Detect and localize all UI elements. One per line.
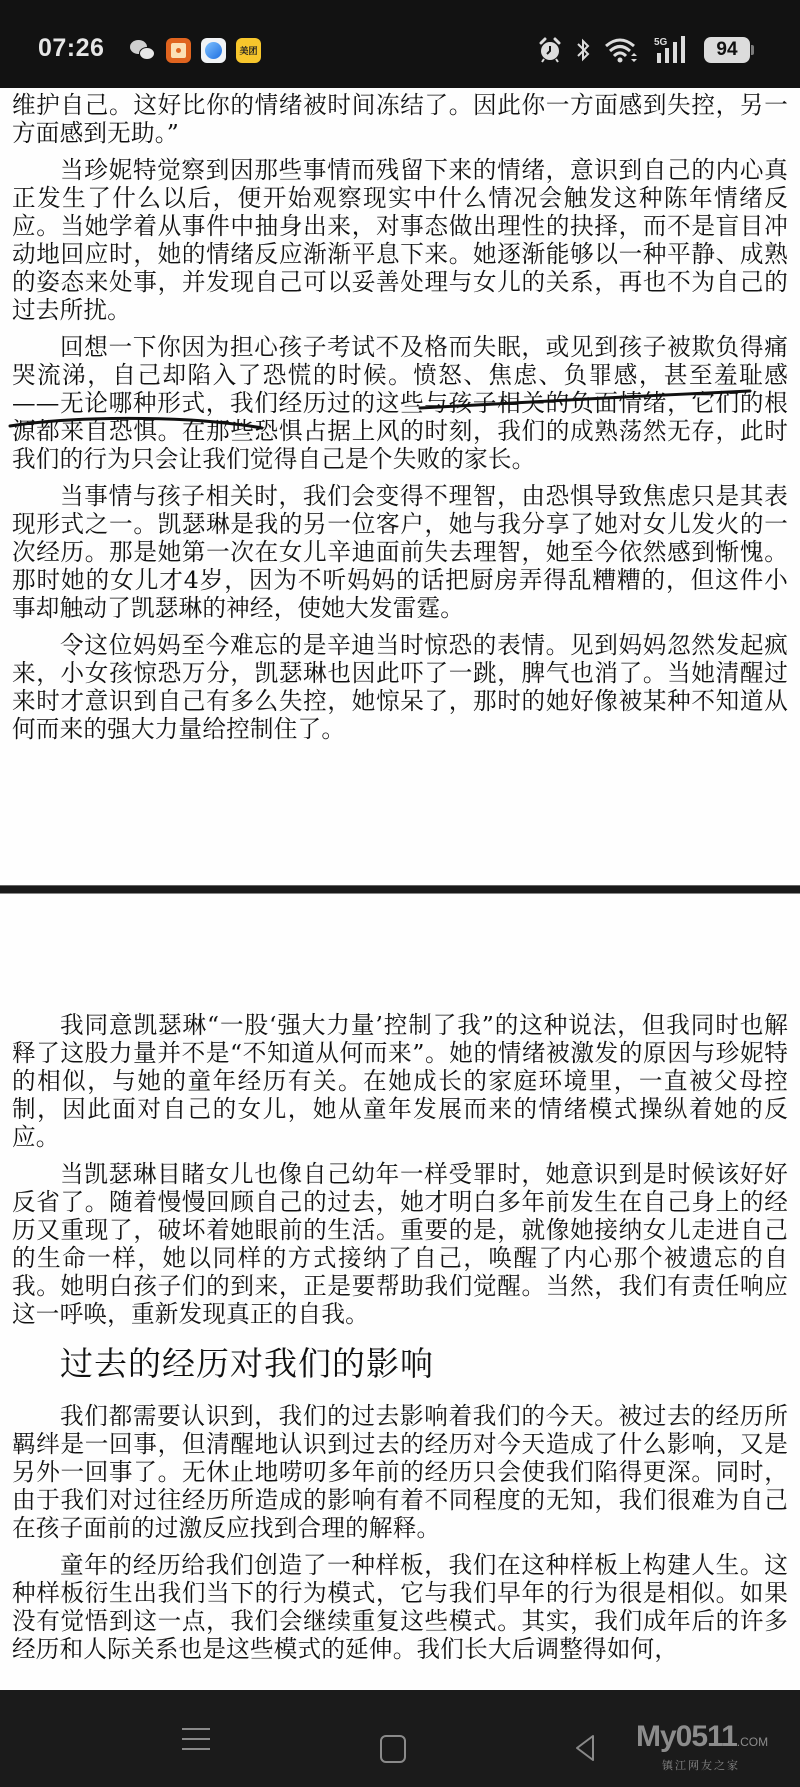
- menu-icon: [182, 1748, 210, 1750]
- paragraph: 令这位妈妈至今难忘的是辛迪当时惊恐的表情。见到妈妈忽然发起疯来，小女孩惊恐万分，…: [12, 631, 788, 743]
- system-icons: 5G 94: [538, 36, 750, 64]
- menu-icon: [182, 1728, 210, 1730]
- cellular-5g-icon: 5G: [654, 36, 690, 64]
- svg-text:5G: 5G: [654, 37, 668, 48]
- page-separator: [0, 885, 800, 894]
- battery-icon: 94: [704, 37, 750, 63]
- notification-icons: 美团: [130, 38, 261, 63]
- paragraph: 童年的经历给我们创造了一种样板，我们在这种样板上构建人生。这种样板衍生出我们当下…: [12, 1551, 788, 1663]
- back-button[interactable]: [574, 1734, 596, 1766]
- section-heading: 过去的经历对我们的影响: [60, 1344, 788, 1384]
- wifi-icon: [604, 37, 640, 63]
- reader-page-2[interactable]: 我同意凯瑟琳“一股‘强大力量’控制了我”的这种说法，但我同时也解释了这股力量并不…: [0, 894, 800, 1690]
- watermark-logo: My0511.COM: [636, 1722, 768, 1757]
- wechat-icon: [130, 40, 156, 62]
- menu-button[interactable]: [182, 1728, 210, 1758]
- page-2-text: 我同意凯瑟琳“一股‘强大力量’控制了我”的这种说法，但我同时也解释了这股力量并不…: [12, 1011, 788, 1672]
- red-packet-app-icon: [166, 38, 191, 63]
- watermark-subtitle: 镇江网友之家: [662, 1757, 768, 1773]
- meituan-app-icon: 美团: [236, 38, 261, 63]
- page-1-text: 维护自己。这好比你的情绪被时间冻结了。因此你一方面感到失控，另一方面感到无助。”…: [12, 91, 788, 752]
- status-time: 07:26: [38, 34, 104, 63]
- paragraph: 我同意凯瑟琳“一股‘强大力量’控制了我”的这种说法，但我同时也解释了这股力量并不…: [12, 1011, 788, 1151]
- paragraph: 维护自己。这好比你的情绪被时间冻结了。因此你一方面感到失控，另一方面感到无助。”: [12, 91, 788, 147]
- browser-app-icon: [201, 38, 226, 63]
- paragraph: 我们都需要认识到，我们的过去影响着我们的今天。被过去的经历所羁绊是一回事，但清醒…: [12, 1402, 788, 1542]
- paragraph: 回想一下你因为担心孩子考试不及格而失眠，或见到孩子被欺负得痛哭流涕，自己却陷入了…: [12, 333, 788, 473]
- menu-icon: [182, 1738, 210, 1740]
- home-button[interactable]: [380, 1735, 406, 1763]
- alarm-icon: [538, 37, 562, 63]
- status-bar: 07:26 美团: [0, 0, 800, 88]
- paragraph: 当事情与孩子相关时，我们会变得不理智，由恐惧导致焦虑只是其表现形式之一。凯瑟琳是…: [12, 482, 788, 622]
- site-watermark: My0511.COM 镇江网友之家: [636, 1722, 768, 1773]
- paragraph: 当凯瑟琳目睹女儿也像自己幼年一样受罪时，她意识到是时候该好好反省了。随着慢慢回顾…: [12, 1160, 788, 1328]
- bluetooth-icon: [576, 37, 590, 63]
- reader-page-1[interactable]: 维护自己。这好比你的情绪被时间冻结了。因此你一方面感到失控，另一方面感到无助。”…: [0, 88, 800, 885]
- paragraph: 当珍妮特觉察到因那些事情而残留下来的情绪，意识到自己的内心真正发生了什么以后，便…: [12, 156, 788, 324]
- back-triangle-icon: [574, 1734, 596, 1762]
